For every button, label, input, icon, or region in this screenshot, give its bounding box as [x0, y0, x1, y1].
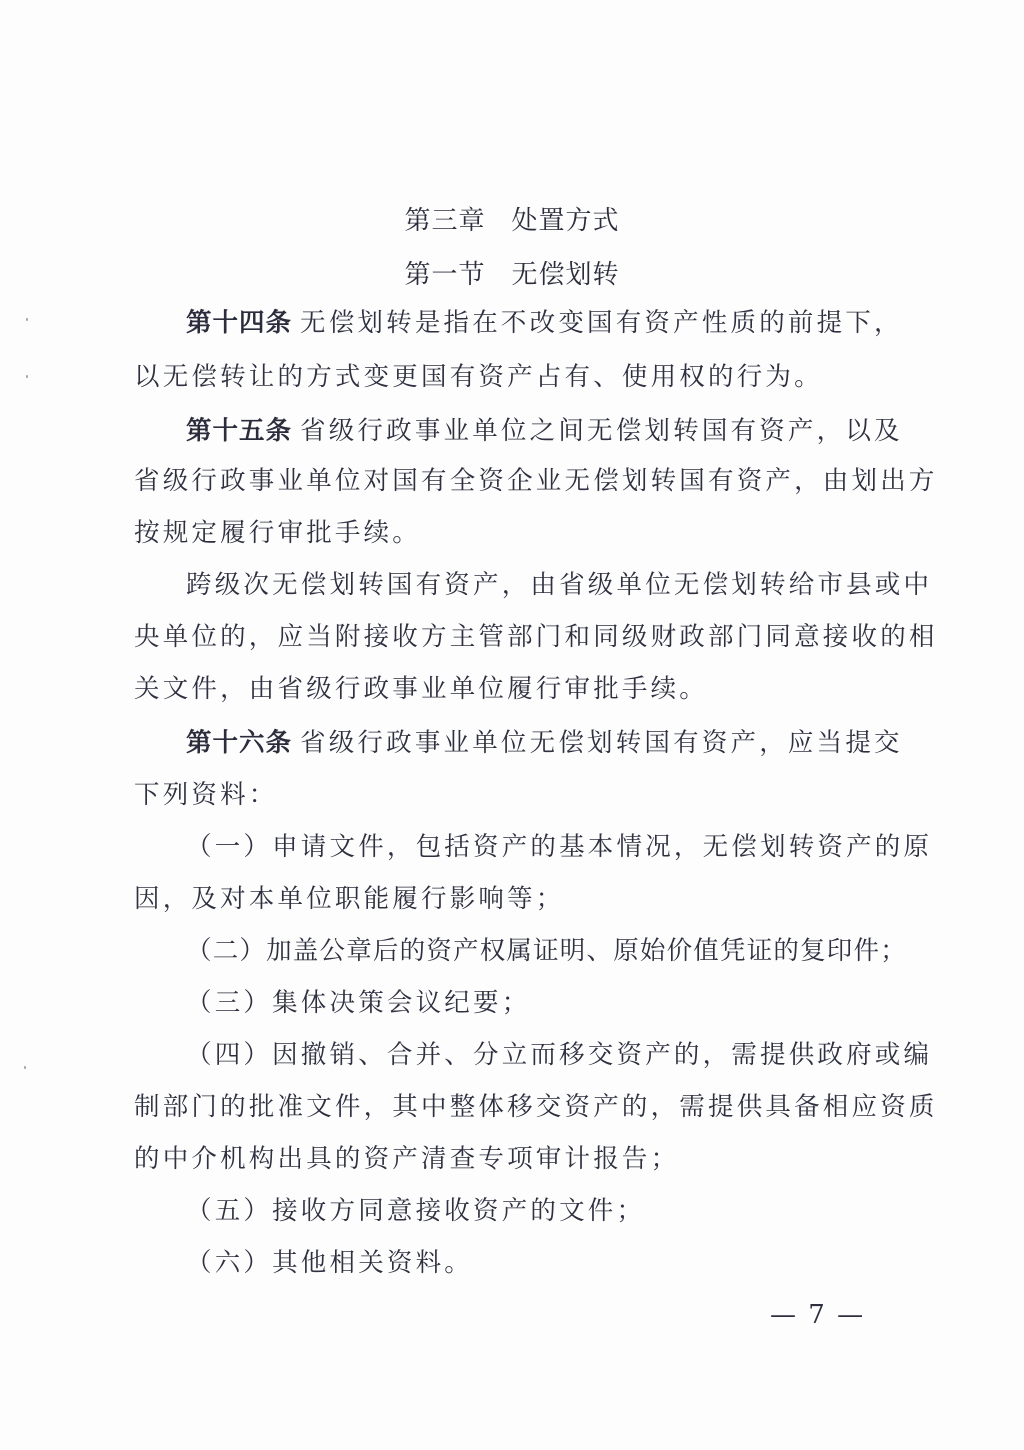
scan-speck — [26, 375, 28, 378]
article-15-para2-line-1: 跨级次无偿划转国有资产，由省级单位无偿划转给市县或中 — [186, 570, 936, 600]
article-15-para2-line-2: 央单位的，应当附接收方主管部门和同级财政部门同意接收的相 — [134, 622, 884, 652]
chapter-title: 处置方式 — [512, 206, 620, 236]
article-15-line-3: 按规定履行审批手续。 — [134, 518, 884, 548]
chapter-heading: 第三章处置方式 — [0, 200, 1024, 237]
scan-speck — [24, 1066, 26, 1069]
article-14-number: 第十四条 — [186, 308, 292, 338]
article-14-line-1: 第十四条无偿划转是指在不改变国有资产性质的前提下， — [186, 308, 936, 338]
section-title: 无偿划转 — [512, 260, 620, 290]
article-15-line-2: 省级行政事业单位对国有全资企业无偿划转国有资产，由划出方 — [134, 466, 884, 496]
list-item-5: （五）接收方同意接收资产的文件； — [186, 1196, 936, 1226]
article-text: 省级行政事业单位之间无偿划转国有资产，以及 — [300, 416, 903, 446]
document-page: 第三章处置方式 第一节无偿划转 第十四条无偿划转是指在不改变国有资产性质的前提下… — [0, 0, 1024, 1450]
section-heading: 第一节无偿划转 — [0, 254, 1024, 291]
article-16-number: 第十六条 — [186, 728, 292, 758]
article-15-number: 第十五条 — [186, 416, 292, 446]
list-item-4-line-3: 的中介机构出具的资产清查专项审计报告； — [134, 1144, 884, 1174]
article-text: 省级行政事业单位无偿划转国有资产，应当提交 — [300, 728, 903, 758]
article-text: 无偿划转是指在不改变国有资产性质的前提下， — [300, 308, 903, 338]
article-16-line-2: 下列资料： — [134, 780, 884, 810]
list-item-4-line-2: 制部门的批准文件，其中整体移交资产的，需提供具备相应资质 — [134, 1092, 884, 1122]
article-15-para2-line-3: 关文件，由省级行政事业单位履行审批手续。 — [134, 674, 884, 704]
list-item-2: （二）加盖公章后的资产权属证明、原始价值凭证的复印件； — [186, 936, 936, 966]
list-item-3: （三）集体决策会议纪要； — [186, 988, 936, 1018]
article-16-line-1: 第十六条省级行政事业单位无偿划转国有资产，应当提交 — [186, 728, 936, 758]
article-14-line-2: 以无偿转让的方式变更国有资产占有、使用权的行为。 — [134, 362, 884, 392]
section-number: 第一节 — [404, 260, 485, 290]
scan-speck — [26, 318, 28, 321]
article-15-line-1: 第十五条省级行政事业单位之间无偿划转国有资产，以及 — [186, 416, 936, 446]
list-item-4-line-1: （四）因撤销、合并、分立而移交资产的，需提供政府或编 — [186, 1040, 936, 1070]
chapter-number: 第三章 — [404, 206, 485, 236]
list-item-1-line-2: 因，及对本单位职能履行影响等； — [134, 884, 884, 914]
list-item-1-line-1: （一）申请文件，包括资产的基本情况，无偿划转资产的原 — [186, 832, 936, 862]
page-number: — 7 — — [770, 1300, 865, 1330]
list-item-6: （六）其他相关资料。 — [186, 1248, 936, 1278]
